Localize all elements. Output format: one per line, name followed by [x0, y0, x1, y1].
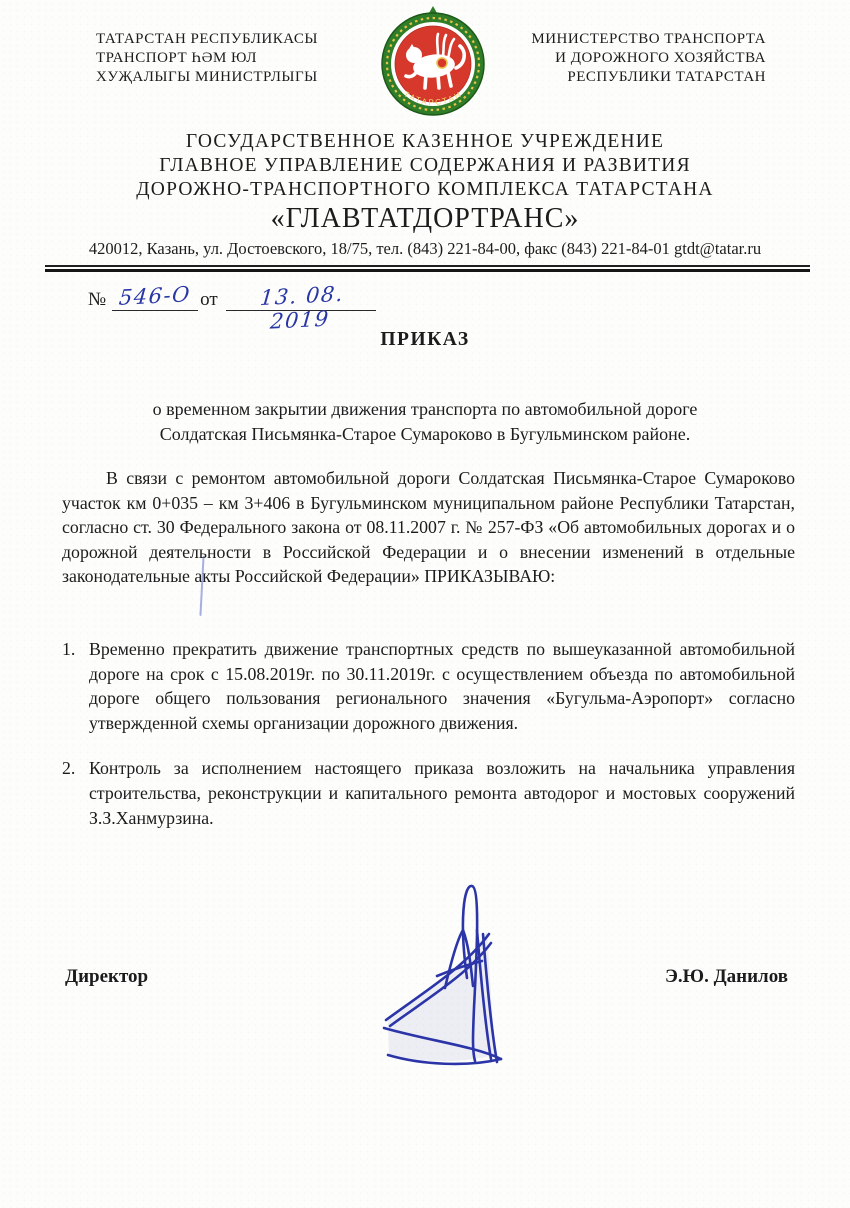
order-item-text: Временно прекратить движение транспортны… — [89, 637, 795, 735]
order-subject-line: о временном закрытии движения транспорта… — [80, 397, 770, 422]
institution-line: ГОСУДАРСТВЕННОЕ КАЗЕННОЕ УЧРЕЖДЕНИЕ — [0, 130, 850, 154]
number-sign-label: № — [88, 289, 106, 311]
order-subject: о временном закрытии движения транспорта… — [80, 397, 770, 446]
order-subject-line: Солдатская Письмянка-Старое Сумароково в… — [80, 422, 770, 447]
institution-name: ГОСУДАРСТВЕННОЕ КАЗЕННОЕ УЧРЕЖДЕНИЕ ГЛАВ… — [0, 130, 850, 202]
order-intro-paragraph: В связи с ремонтом автомобильной дороги … — [62, 466, 795, 589]
document-date-slot: 13. 08. 2019 — [226, 284, 376, 311]
institution-line: ГЛАВНОЕ УПРАВЛЕНИЕ СОДЕРЖАНИЯ И РАЗВИТИЯ — [0, 154, 850, 178]
institution-short-name: «ГЛАВТАТДОРТРАНС» — [0, 203, 850, 235]
order-item-text: Контроль за исполнением настоящего прика… — [89, 756, 795, 830]
institution-line: ДОРОЖНО-ТРАНСПОРТНОГО КОМПЛЕКСА ТАТАРСТА… — [0, 178, 850, 202]
letterhead-line: ТРАНСПОРТ ҺӘМ ЮЛ — [96, 49, 366, 68]
letterhead-line: МИНИСТЕРСТВО ТРАНСПОРТА — [476, 30, 766, 49]
order-item-number: 1. — [62, 637, 89, 735]
letterhead-line: ТАТАРСТАН РЕСПУБЛИКАСЫ — [96, 30, 366, 49]
order-item-number: 2. — [62, 756, 89, 830]
document-number-line: №546-Оот13. 08. 2019 — [88, 284, 376, 311]
letterhead-line: И ДОРОЖНОГО ХОЗЯЙСТВА — [476, 49, 766, 68]
letterhead-line: ХУҖАЛЫГЫ МИНИСТРЛЫГЫ — [96, 68, 366, 87]
letterhead-org-tatar: ТАТАРСТАН РЕСПУБЛИКАСЫ ТРАНСПОРТ ҺӘМ ЮЛ … — [96, 30, 366, 87]
signer-name: Э.Ю. Данилов — [665, 966, 788, 988]
order-item: 1. Временно прекратить движение транспор… — [62, 637, 795, 735]
order-items-list: 1. Временно прекратить движение транспор… — [62, 637, 795, 851]
ot-label: от — [200, 289, 218, 311]
signer-role-label: Директор — [65, 966, 148, 988]
letterhead-line: РЕСПУБЛИКИ ТАТАРСТАН — [476, 68, 766, 87]
handwritten-document-number: 546-О — [118, 282, 192, 310]
document-number-slot: 546-О — [112, 284, 198, 311]
order-item: 2. Контроль за исполнением настоящего пр… — [62, 756, 795, 830]
letterhead-divider-rule — [45, 265, 810, 272]
institution-address: 420012, Казань, ул. Достоевского, 18/75,… — [0, 239, 850, 259]
handwritten-document-date: 13. 08. 2019 — [224, 280, 378, 336]
letterhead-org-russian: МИНИСТЕРСТВО ТРАНСПОРТА И ДОРОЖНОГО ХОЗЯ… — [476, 30, 766, 87]
tatarstan-coat-of-arms-icon: ТАТАРСТАН — [378, 6, 488, 118]
order-title: ПРИКАЗ — [0, 329, 850, 351]
scanned-order-document: ТАТАРСТАН РЕСПУБЛИКАСЫ ТРАНСПОРТ ҺӘМ ЮЛ … — [0, 0, 850, 1208]
handwritten-signature — [368, 858, 540, 1073]
